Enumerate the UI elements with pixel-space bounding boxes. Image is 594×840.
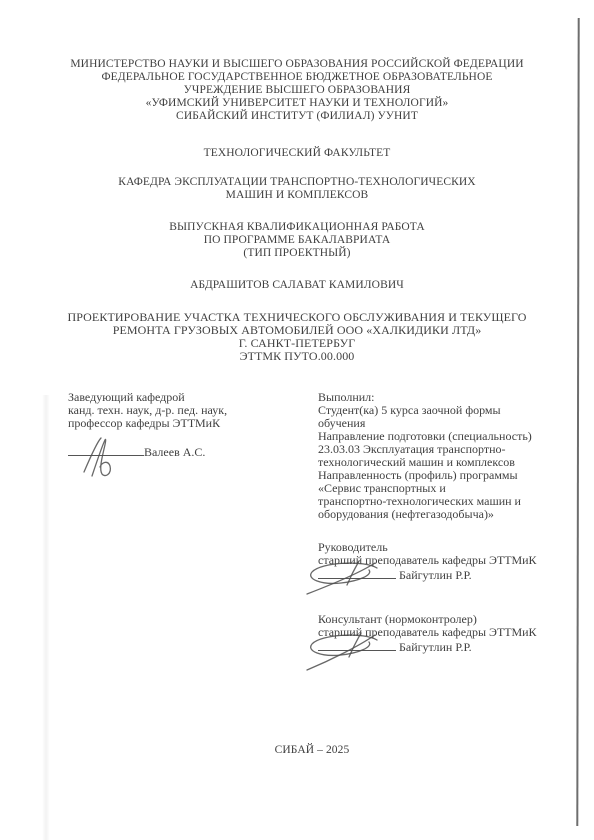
performer-line: оборудования (нефтегазодобыча)»: [318, 508, 568, 521]
approval-role-line: профессор кафедры ЭТТМиК: [68, 417, 304, 430]
consultant-signer-name: Байгутлин Р.Р.: [399, 640, 472, 654]
work-type-line: ВЫПУСКНАЯ КВАЛИФИКАЦИОННАЯ РАБОТА: [0, 221, 594, 234]
work-type-line: ПО ПРОГРАММЕ БАКАЛАВРИАТА: [0, 234, 594, 247]
department-line: КАФЕДРА ЭКСПЛУАТАЦИИ ТРАНСПОРТНО-ТЕХНОЛО…: [0, 176, 594, 189]
faculty-title: ТЕХНОЛОГИЧЕСКИЙ ФАКУЛЬТЕТ: [0, 147, 594, 160]
work-type-line: (ТИП ПРОЕКТНЫЙ): [0, 247, 594, 260]
supervisor-signer-name: Байгутлин Р.Р.: [399, 568, 472, 582]
signature-line: [68, 444, 144, 456]
institute-name: СИБАЙСКИЙ ИНСТИТУТ (ФИЛИАЛ) УУНИТ: [0, 110, 594, 123]
approval-block: Заведующий кафедрой канд. техн. наук, д-…: [68, 391, 304, 459]
supervisor-block: Руководитель старший преподаватель кафед…: [318, 541, 568, 582]
scan-edge-right: [576, 18, 579, 826]
performer-block: Выполнил: Студент(ка) 5 курса заочной фо…: [318, 391, 568, 521]
supervisor-position: старший преподаватель кафедры ЭТТМиК: [318, 554, 568, 567]
ministry-header: МИНИСТЕРСТВО НАУКИ И ВЫСШЕГО ОБРАЗОВАНИЯ…: [0, 58, 594, 123]
footer-city-year: СИБАЙ – 2025: [30, 744, 594, 757]
consultant-block: Консультант (нормоконтролер) старший пре…: [318, 613, 568, 654]
ministry-line: ФЕДЕРАЛЬНОЕ ГОСУДАРСТВЕННОЕ БЮДЖЕТНОЕ ОБ…: [0, 71, 594, 84]
doc-code: ЭТТМК ПУТО.00.000: [0, 350, 594, 363]
supervisor-signature-row: Байгутлин Р.Р.: [318, 567, 568, 582]
ministry-line: МИНИСТЕРСТВО НАУКИ И ВЫСШЕГО ОБРАЗОВАНИЯ…: [0, 58, 594, 71]
work-type: ВЫПУСКНАЯ КВАЛИФИКАЦИОННАЯ РАБОТА ПО ПРО…: [0, 221, 594, 260]
department-title: КАФЕДРА ЭКСПЛУАТАЦИИ ТРАНСПОРТНО-ТЕХНОЛО…: [0, 176, 594, 202]
consultant-position: старший преподаватель кафедры ЭТТМиК: [318, 626, 568, 639]
signature-line: [318, 639, 396, 651]
thesis-title: ПРОЕКТИРОВАНИЕ УЧАСТКА ТЕХНИЧЕСКОГО ОБСЛ…: [0, 311, 594, 363]
university-name: «УФИМСКИЙ УНИВЕРСИТЕТ НАУКИ И ТЕХНОЛОГИЙ…: [0, 97, 594, 110]
scan-edge-left: [42, 395, 50, 840]
approval-signer-name: Валеев А.С.: [144, 445, 205, 459]
author-name: АБДРАШИТОВ САЛАВАТ КАМИЛОВИЧ: [0, 279, 594, 292]
signature-line: [318, 567, 396, 579]
consultant-signature-row: Байгутлин Р.Р.: [318, 639, 568, 654]
thesis-title-page: МИНИСТЕРСТВО НАУКИ И ВЫСШЕГО ОБРАЗОВАНИЯ…: [0, 0, 594, 840]
ministry-line: УЧРЕЖДЕНИЕ ВЫСШЕГО ОБРАЗОВАНИЯ: [0, 84, 594, 97]
approval-signature-row: Валеев А.С.: [68, 444, 304, 459]
department-line: МАШИН И КОМПЛЕКСОВ: [0, 189, 594, 202]
